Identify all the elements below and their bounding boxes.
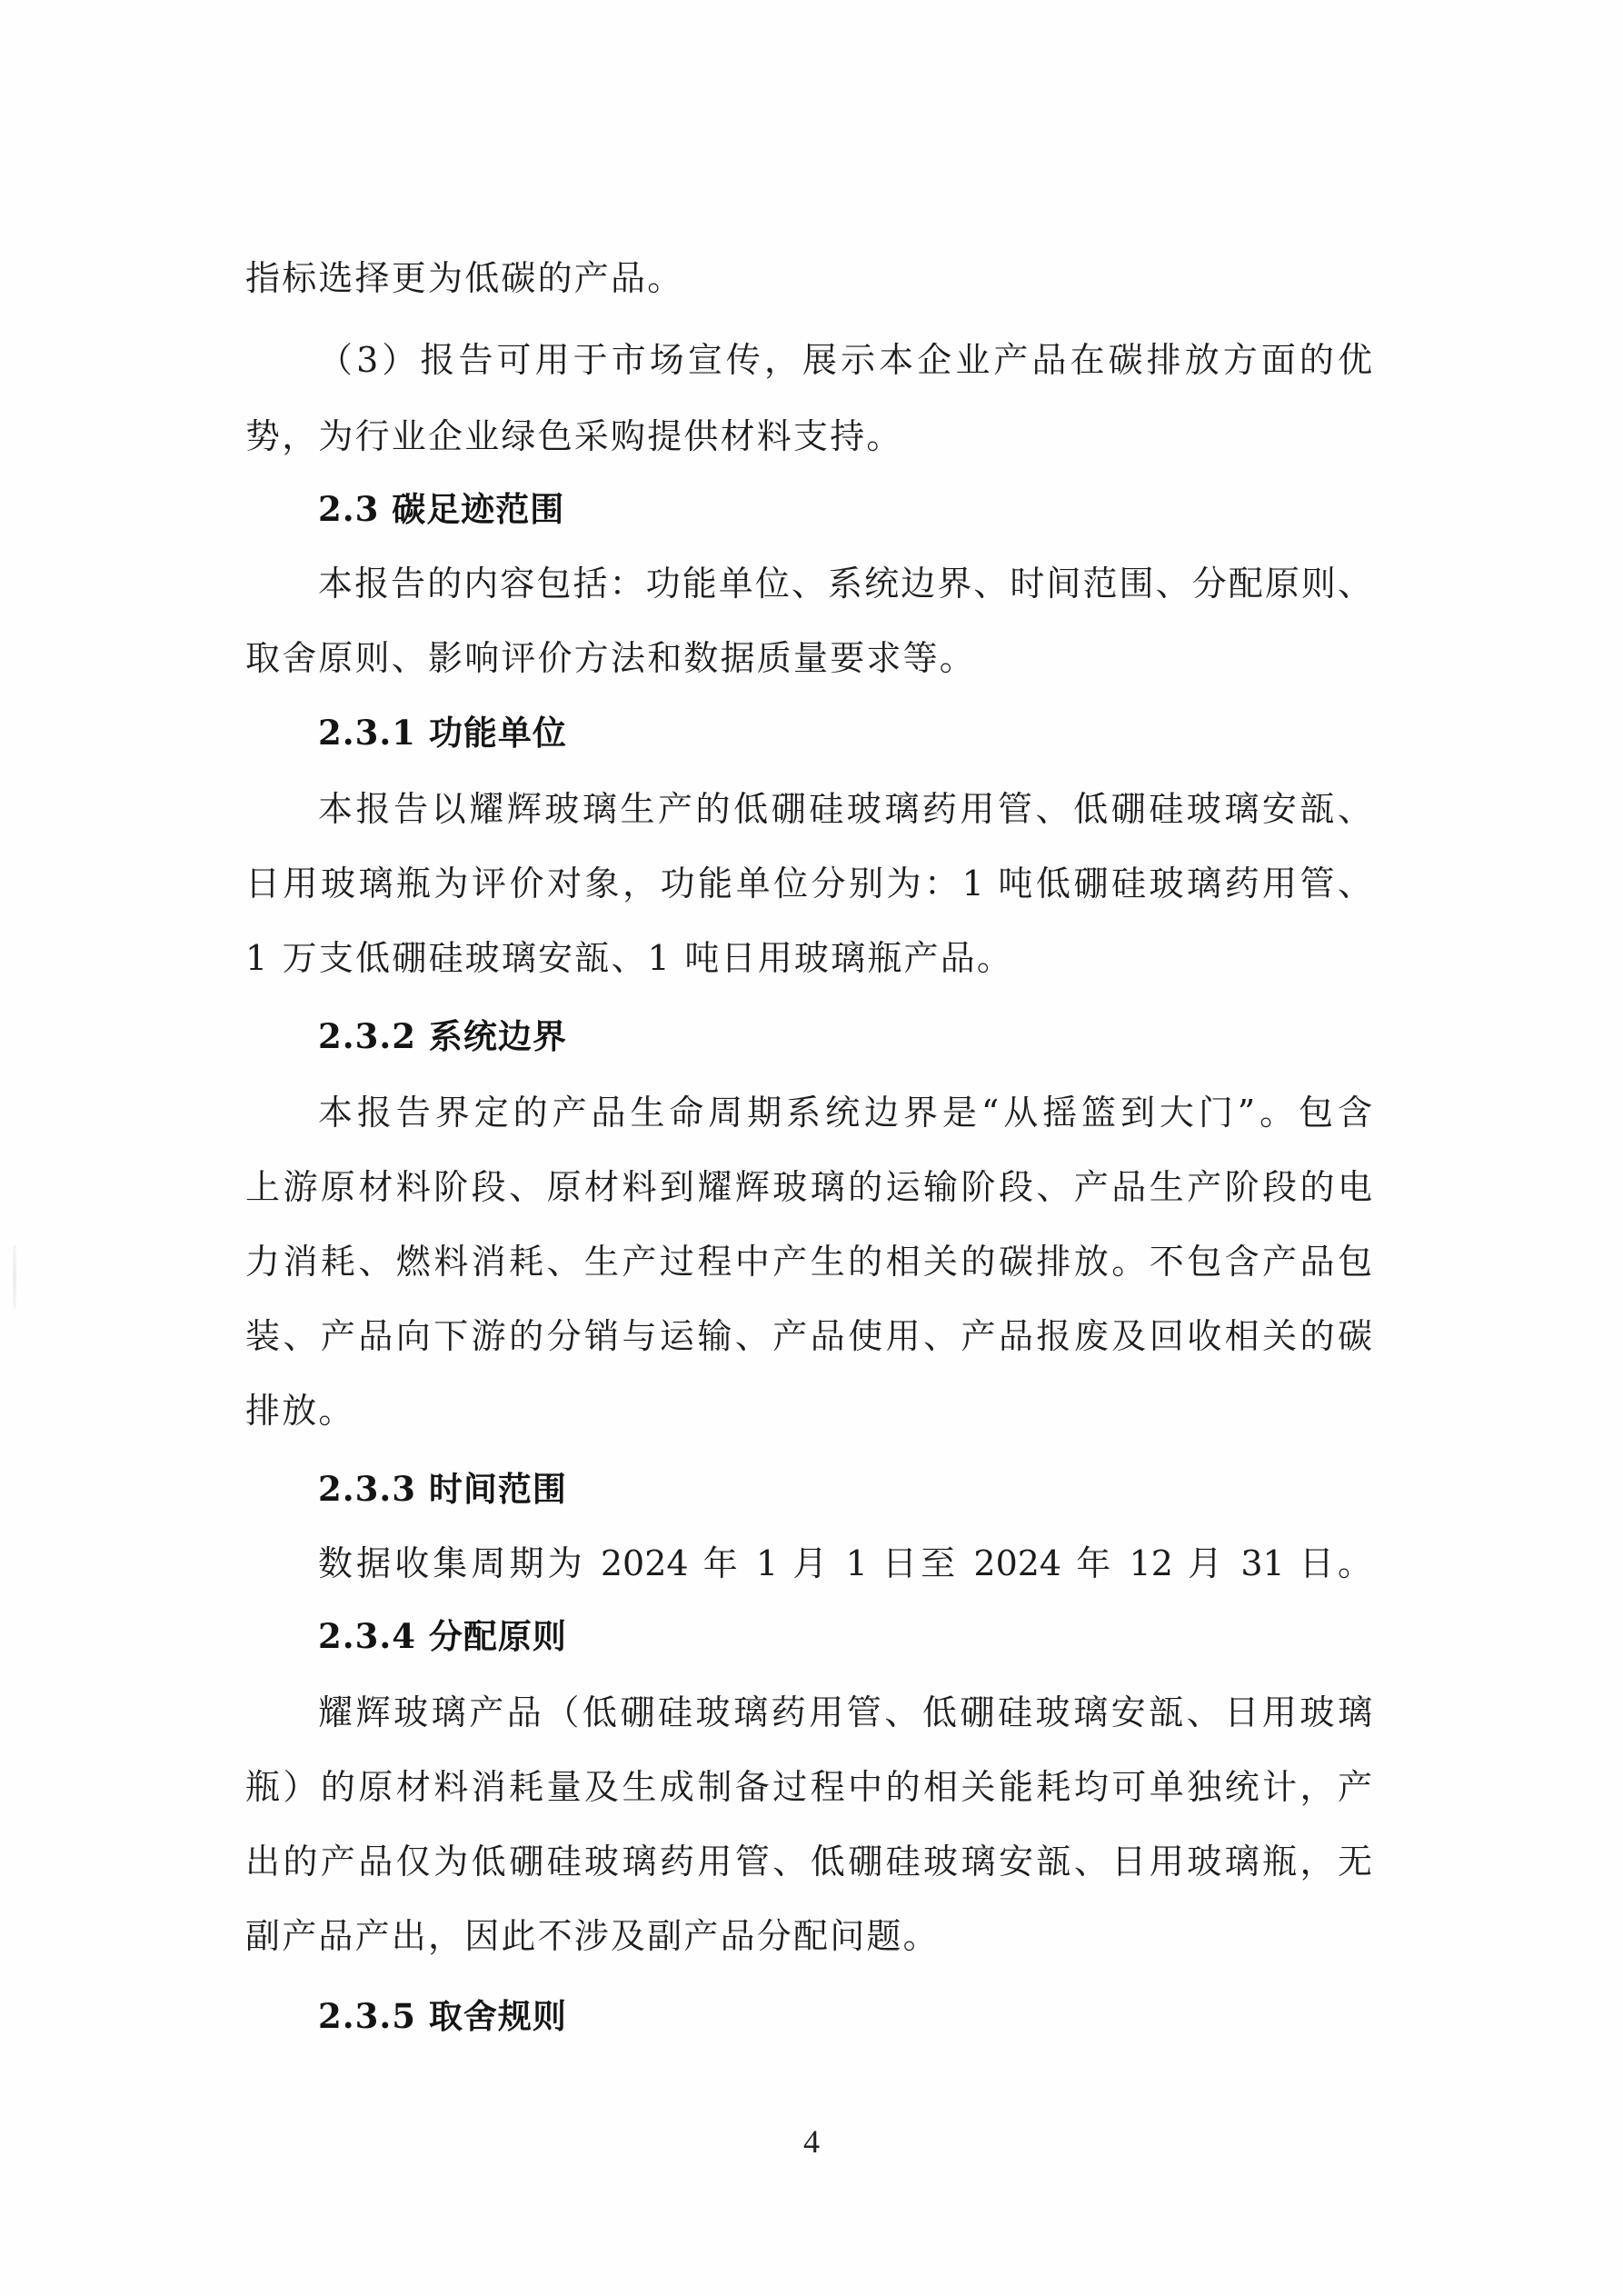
paragraph-line: 日用玻璃瓶为评价对象，功能单位分别为：1 吨低硼硅玻璃药用管、	[245, 858, 1372, 909]
paragraph-line: 力消耗、燃料消耗、生产过程中产生的相关的碳排放。不包含产品包	[245, 1236, 1372, 1287]
section-heading-2-3-4: 2.3.4 分配原则	[318, 1611, 567, 1662]
paragraph-line: 1 万支低硼硅玻璃安瓿、1 吨日用玻璃瓶产品。	[245, 933, 1013, 983]
paragraph-line: 上游原材料阶段、原材料到耀辉玻璃的运输阶段、产品生产阶段的电	[245, 1162, 1372, 1213]
paragraph-line: 副产品产出，因此不涉及副产品分配问题。	[245, 1911, 940, 1962]
section-heading-2-3-2: 2.3.2 系统边界	[318, 1011, 567, 1062]
document-page: 指标选择更为低碳的产品。 （3）报告可用于市场宣传，展示本企业产品在碳排放方面的…	[0, 0, 1623, 2296]
paragraph-line: 瓶）的原材料消耗量及生成制备过程中的相关能耗均可单独统计，产	[245, 1762, 1372, 1812]
paragraph-line: （3）报告可用于市场宣传，展示本企业产品在碳排放方面的优	[318, 334, 1372, 385]
paragraph-line: 取舍原则、影响评价方法和数据质量要求等。	[245, 633, 976, 684]
section-heading-2-3: 2.3 碳足迹范围	[318, 484, 564, 534]
section-heading-2-3-3: 2.3.3 时间范围	[318, 1463, 567, 1514]
paragraph-line: 指标选择更为低碳的产品。	[245, 253, 683, 304]
paragraph-line: 势，为行业企业绿色采购提供材料支持。	[245, 411, 903, 462]
section-heading-2-3-1: 2.3.1 功能单位	[318, 707, 567, 758]
paragraph-line: 装、产品向下游的分销与运输、产品使用、产品报废及回收相关的碳	[245, 1311, 1372, 1362]
paragraph-line: 耀辉玻璃产品（低硼硅玻璃药用管、低硼硅玻璃安瓿、日用玻璃	[318, 1687, 1372, 1738]
scan-artifact	[13, 1245, 16, 1309]
section-heading-2-3-5: 2.3.5 取舍规则	[318, 1991, 567, 2041]
page-number: 4	[0, 2122, 1623, 2161]
paragraph-line: 排放。	[245, 1385, 355, 1436]
paragraph-line: 本报告的内容包括：功能单位、系统边界、时间范围、分配原则、	[318, 558, 1372, 609]
paragraph-line: 本报告以耀辉玻璃生产的低硼硅玻璃药用管、低硼硅玻璃安瓿、	[318, 784, 1372, 834]
paragraph-line: 出的产品仅为低硼硅玻璃药用管、低硼硅玻璃安瓿、日用玻璃瓶，无	[245, 1836, 1372, 1887]
paragraph-line: 本报告界定的产品生命周期系统边界是“从摇篮到大门”。包含	[318, 1087, 1372, 1138]
paragraph-line: 数据收集周期为 2024 年 1 月 1 日至 2024 年 12 月 31 日…	[318, 1538, 1372, 1589]
